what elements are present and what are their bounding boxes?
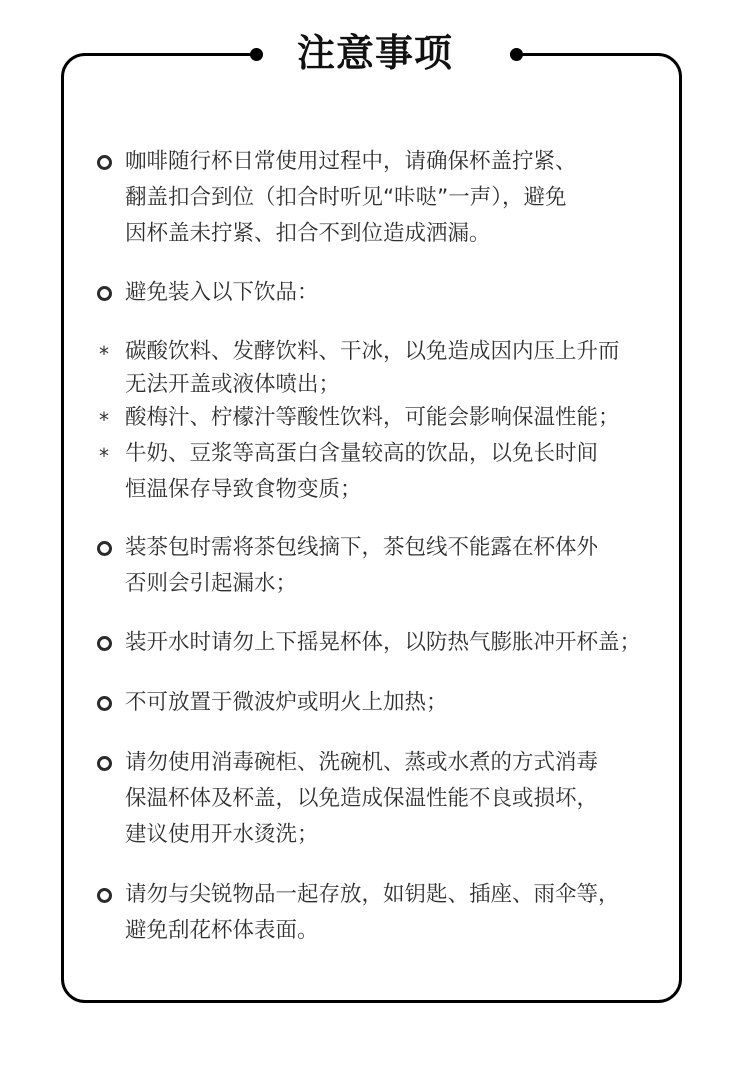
notice-text: 装茶包时需将茶包线摘下，茶包线不能露在杯体外 <box>125 530 676 566</box>
ring-bullet-icon <box>97 636 112 651</box>
asterisk-bullet-icon: * <box>99 336 109 372</box>
notice-text: 建议使用开水烫洗； <box>125 817 676 853</box>
notice-item: 避免装入以下饮品： <box>96 275 676 311</box>
notice-item: 装茶包时需将茶包线摘下，茶包线不能露在杯体外 否则会引起漏水； <box>96 530 676 602</box>
sub-item-text: 牛奶、豆浆等高蛋白含量较高的饮品，以免长时间 <box>125 436 676 472</box>
sub-item-text: 无法开盖或液体喷出； <box>125 370 676 400</box>
ring-bullet-icon <box>97 286 112 301</box>
sub-item: * 牛奶、豆浆等高蛋白含量较高的饮品，以免长时间 恒温保存导致食物变质； <box>96 436 676 508</box>
notice-item: 请勿使用消毒碗柜、洗碗机、蒸或水煮的方式消毒 保温杯体及杯盖，以免造成保温性能不… <box>96 745 676 853</box>
page-title: 注意事项 <box>0 26 750 80</box>
ring-bullet-icon <box>97 696 112 711</box>
ring-bullet-icon <box>97 541 112 556</box>
notice-item: 咖啡随行杯日常使用过程中，请确保杯盖拧紧、 翻盖扣合到位（扣合时听见“咔哒”一声… <box>96 144 676 252</box>
notice-item: 不可放置于微波炉或明火上加热； <box>96 685 676 721</box>
notice-text: 装开水时请勿上下摇晃杯体，以防热气膨胀冲开杯盖； <box>125 625 676 661</box>
notice-text: 保温杯体及杯盖，以免造成保温性能不良或损坏， <box>125 781 676 817</box>
sub-item-text: 酸梅汁、柠檬汁等酸性饮料，可能会影响保温性能； <box>125 400 676 436</box>
ring-bullet-icon <box>97 155 112 170</box>
ring-bullet-icon <box>97 888 112 903</box>
sub-item-text: 碳酸饮料、发酵饮料、干冰，以免造成因内压上升而 <box>125 334 676 370</box>
asterisk-bullet-icon: * <box>99 402 109 438</box>
notice-text: 避免装入以下饮品： <box>125 275 676 311</box>
asterisk-bullet-icon: * <box>99 438 109 474</box>
notice-text: 否则会引起漏水； <box>125 566 676 602</box>
notice-text: 请勿使用消毒碗柜、洗碗机、蒸或水煮的方式消毒 <box>125 745 676 781</box>
sub-item: * 碳酸饮料、发酵饮料、干冰，以免造成因内压上升而 无法开盖或液体喷出； <box>96 334 676 400</box>
notice-text: 避免刮花杯体表面。 <box>125 913 676 949</box>
notice-item: 请勿与尖锐物品一起存放，如钥匙、插座、雨伞等， 避免刮花杯体表面。 <box>96 877 676 949</box>
sub-item: * 酸梅汁、柠檬汁等酸性饮料，可能会影响保温性能； <box>96 400 676 436</box>
notice-item: 装开水时请勿上下摇晃杯体，以防热气膨胀冲开杯盖； <box>96 625 676 661</box>
notice-text: 翻盖扣合到位（扣合时听见“咔哒”一声），避免 <box>125 180 676 216</box>
notice-text: 因杯盖未拧紧、扣合不到位造成洒漏。 <box>125 216 676 252</box>
ring-bullet-icon <box>97 756 112 771</box>
notice-text: 不可放置于微波炉或明火上加热； <box>125 685 676 721</box>
notice-text: 咖啡随行杯日常使用过程中，请确保杯盖拧紧、 <box>125 144 676 180</box>
sub-item-text: 恒温保存导致食物变质； <box>125 472 676 508</box>
notice-list: 咖啡随行杯日常使用过程中，请确保杯盖拧紧、 翻盖扣合到位（扣合时听见“咔哒”一声… <box>96 144 676 949</box>
notice-text: 请勿与尖锐物品一起存放，如钥匙、插座、雨伞等， <box>125 877 676 913</box>
